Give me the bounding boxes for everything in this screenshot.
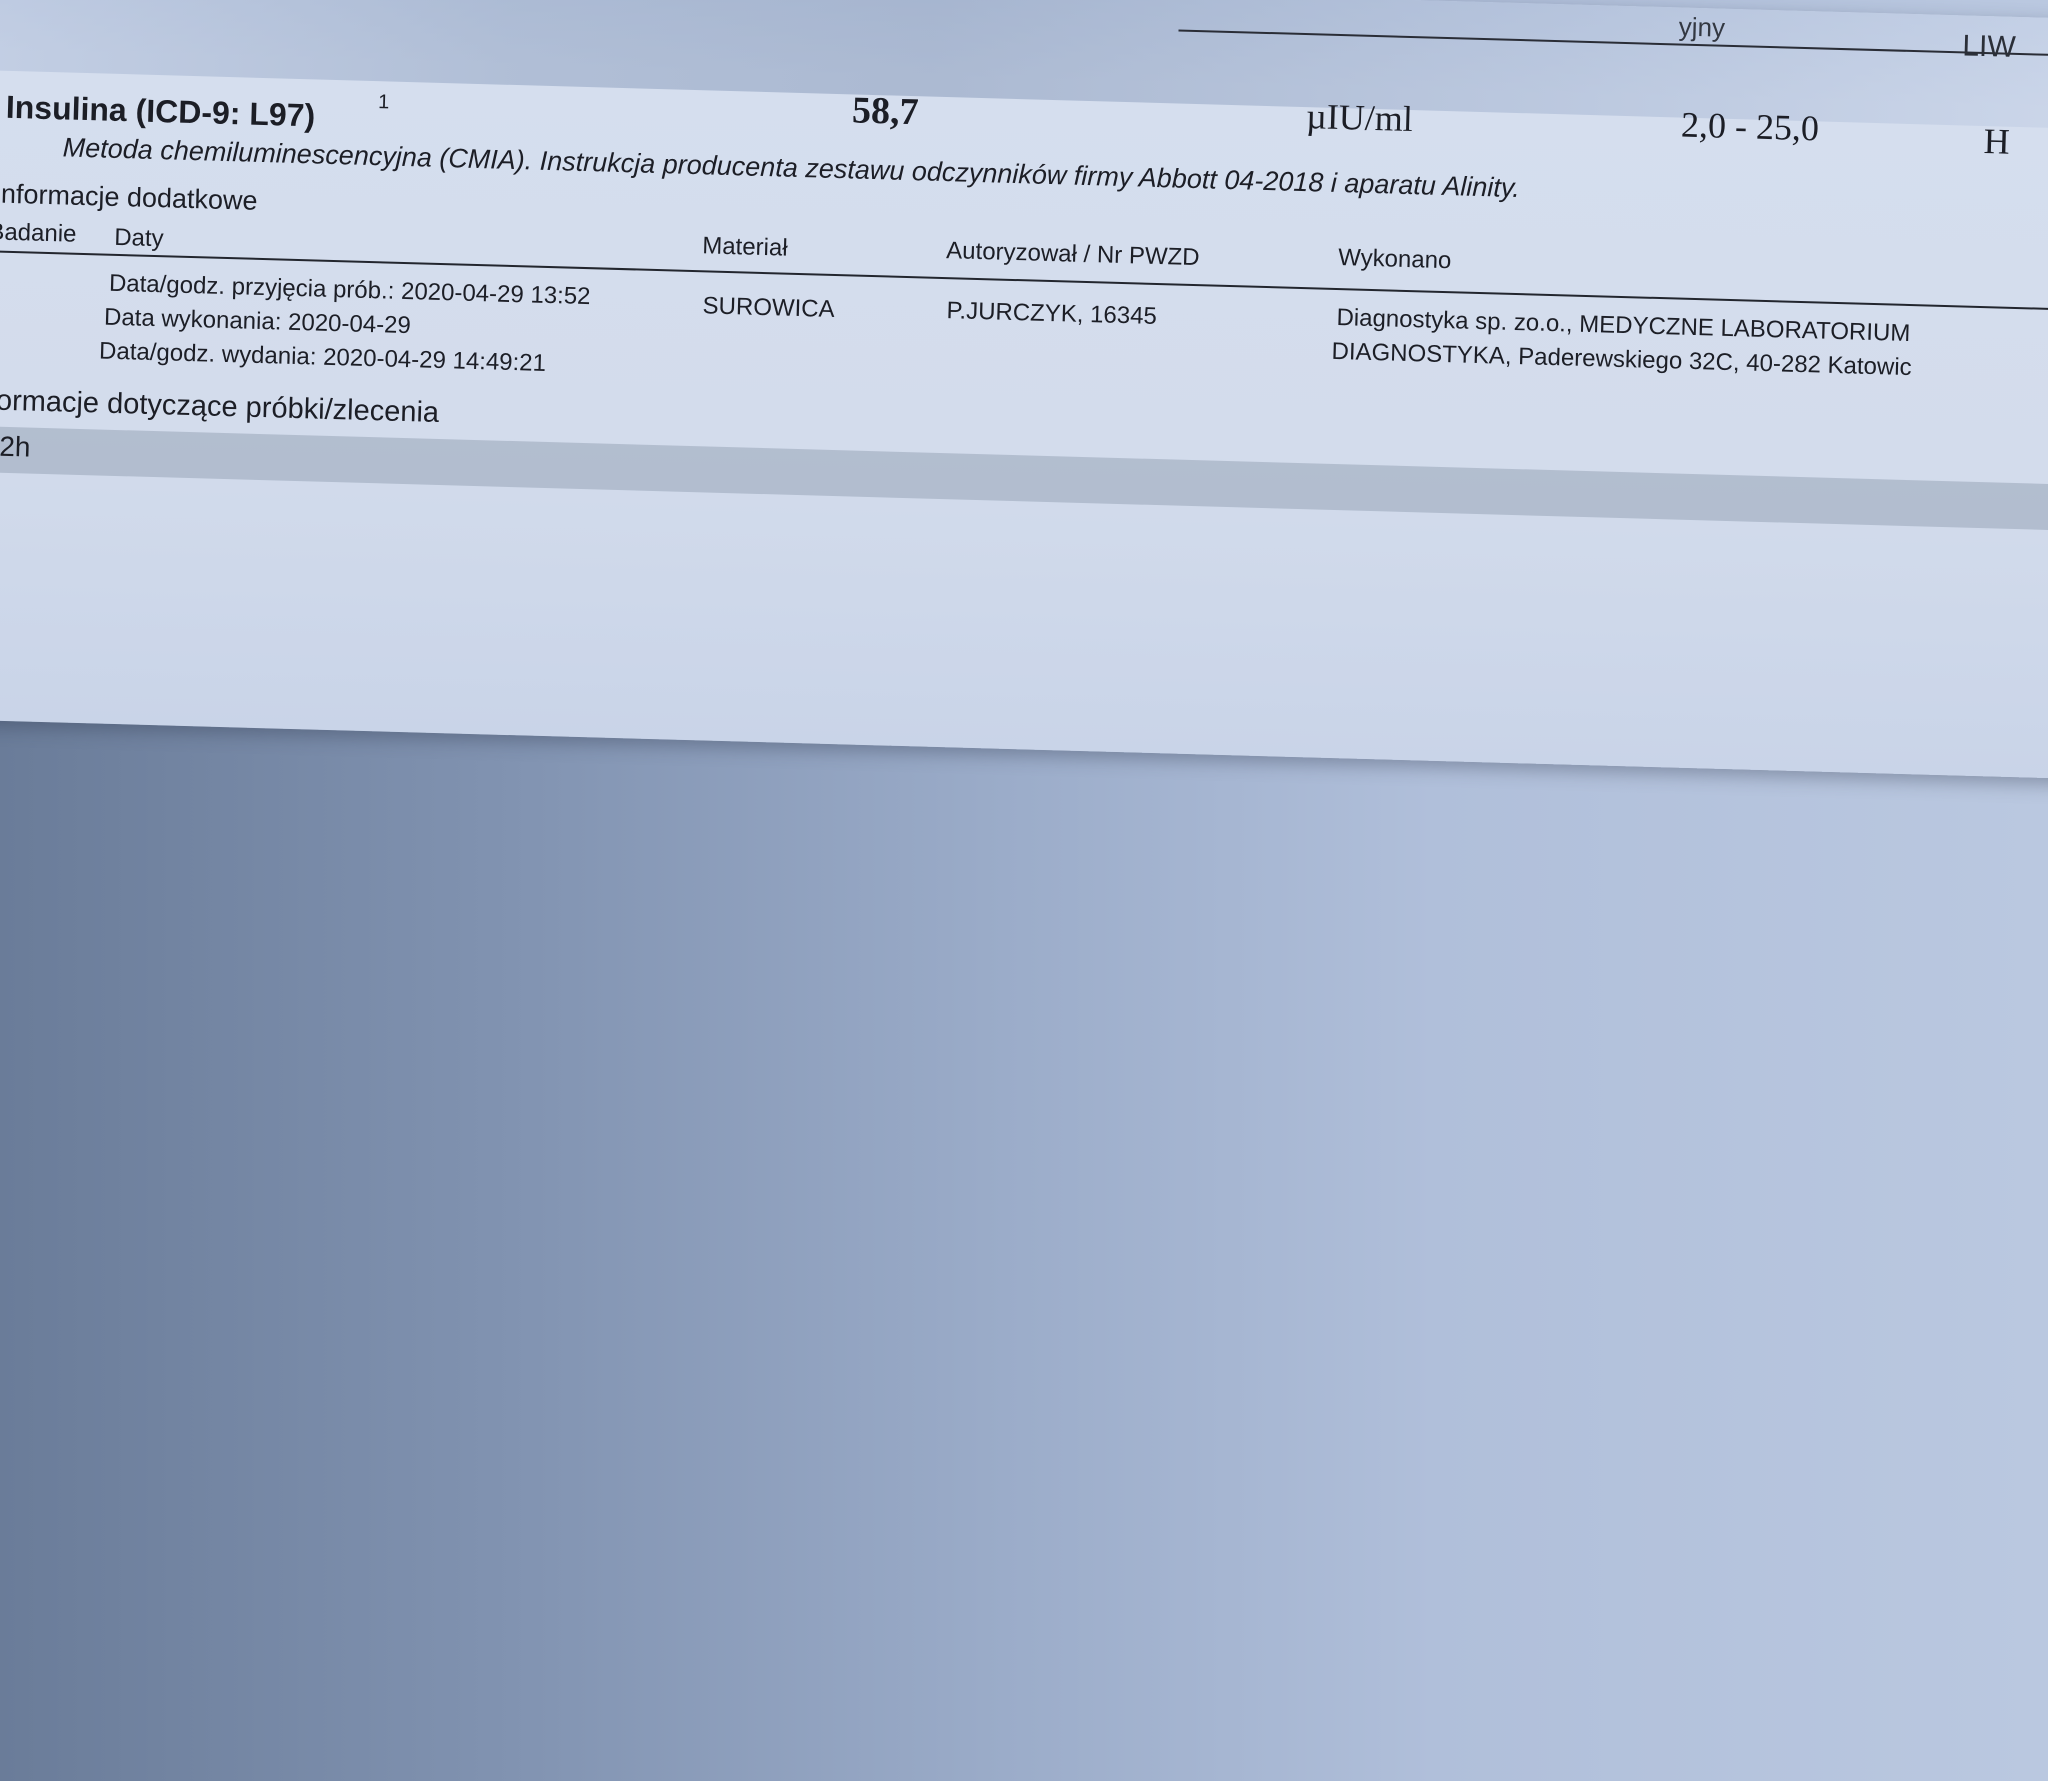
cell-authorized-by: P.JURCZYK, 16345 [946,297,1157,331]
column-header-badanie: Badanie [0,218,77,248]
top-right-partial-text: LIW [1962,29,2016,64]
column-header-material: Materiał [702,232,788,262]
document-content: yjny LIW Insulina (ICD-9: L97) 1 58,7 µI… [0,0,2048,718]
cell-material: SUROWICA [702,292,835,324]
test-method: Metoda chemiluminescencyjna (CMIA). Inst… [62,132,1520,204]
high-flag: H [1983,120,2010,163]
test-value: 58,7 [852,88,920,134]
sample-note: po 2h [0,430,31,464]
column-header-autoryzowal: Autoryzował / Nr PWZD [946,237,1200,272]
top-divider [1178,29,2048,56]
sample-info-heading: Informacje dotyczące próbki/zlecenia [0,384,439,430]
lab-result-page: yjny LIW Insulina (ICD-9: L97) 1 58,7 µI… [0,0,2048,779]
additional-info-heading: Informacje dodatkowe [0,178,258,216]
reference-range: 2,0 - 25,0 [1680,104,1819,150]
column-header-wykonano: Wykonano [1338,244,1452,275]
sample-note-band [0,426,2048,533]
cell-date-issued: Data/godz. wydania: 2020-04-29 14:49:21 [99,337,547,377]
column-header-daty: Daty [114,224,164,253]
cell-date-performed: Data wykonania: 2020-04-29 [104,304,412,341]
test-footnote: 1 [378,91,390,114]
test-unit: µIU/ml [1306,95,1414,140]
top-partial-text: yjny [1678,11,1725,43]
test-name: Insulina (ICD-9: L97) [5,89,315,135]
